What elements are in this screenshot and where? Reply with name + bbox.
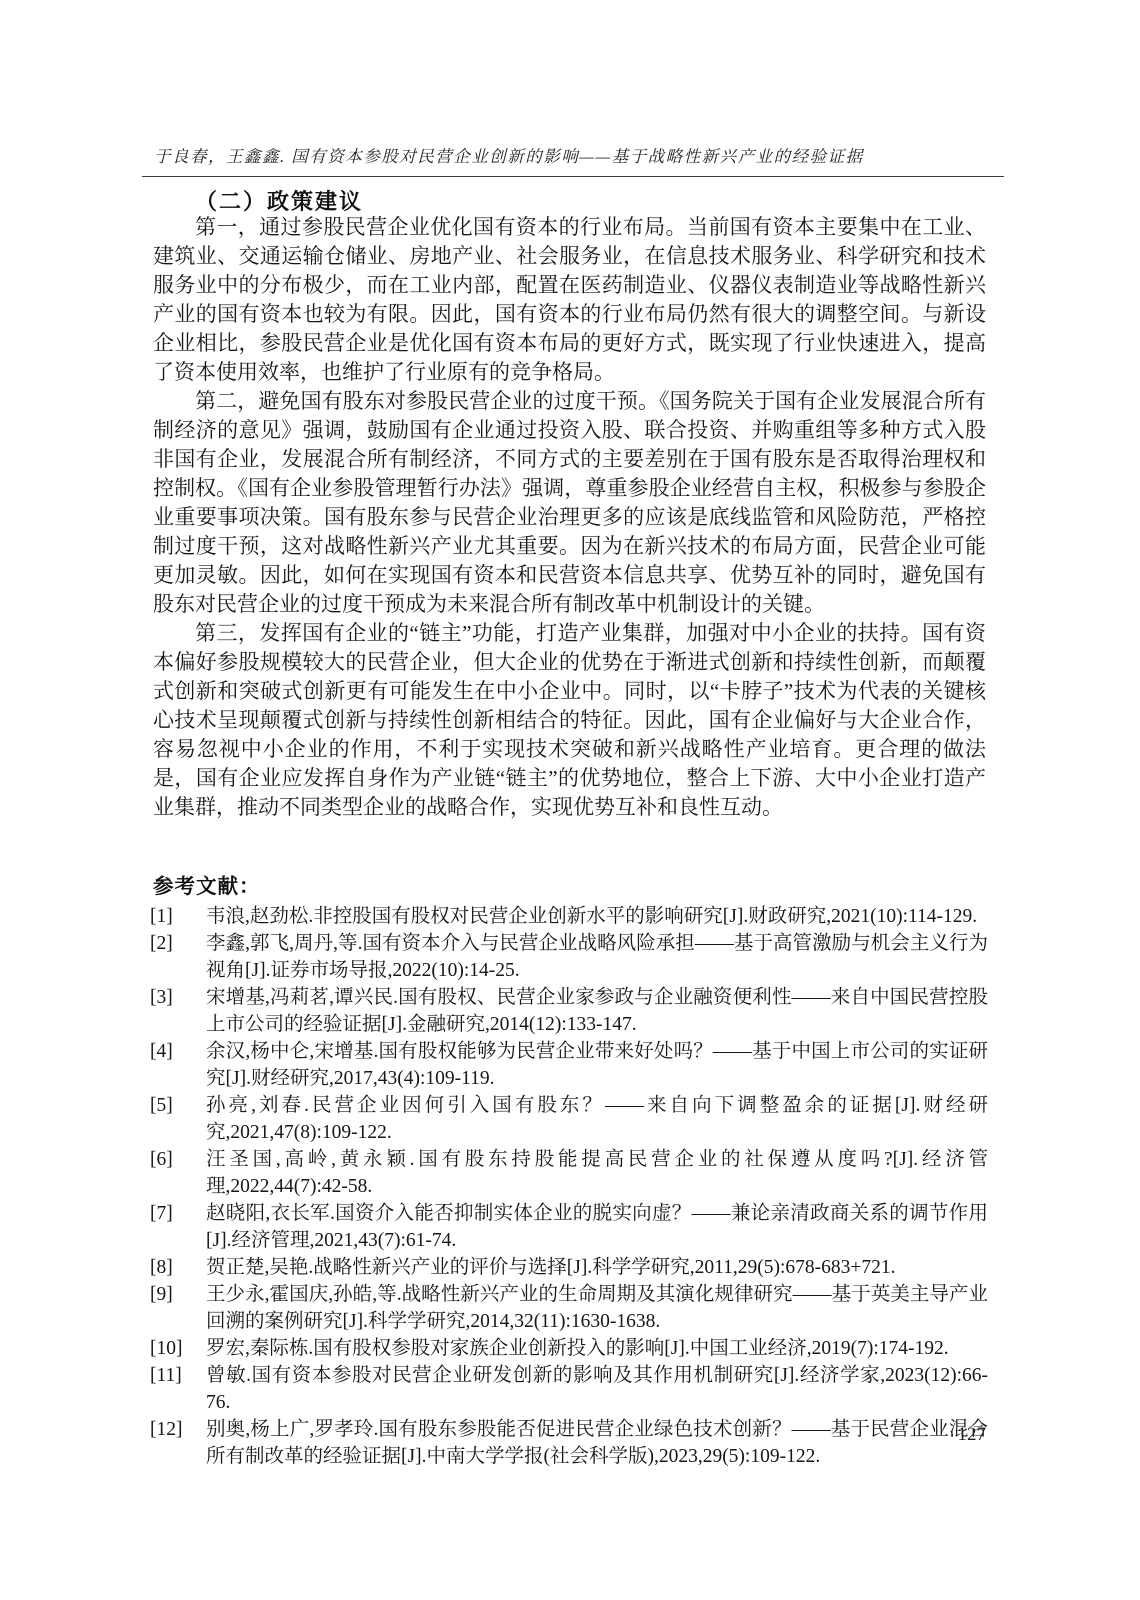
reference-number: [6]: [150, 1146, 206, 1173]
reference-number: [1]: [150, 903, 206, 930]
reference-number: [2]: [150, 930, 206, 957]
body-paragraphs: 第一，通过参股民营企业优化国有资本的行业布局。当前国有资本主要集中在工业、建筑业…: [153, 213, 986, 822]
reference-number: [11]: [150, 1362, 206, 1389]
reference-text: 韦浪,赵劲松.非控股国有股权对民营企业创新水平的影响研究[J].财政研究,202…: [206, 903, 988, 930]
reference-item: [4]余汉,杨中仑,宋增基.国有股权能够为民营企业带来好处吗？——基于中国上市公…: [150, 1038, 988, 1092]
reference-item: [10]罗宏,秦际栋.国有股权参股对家族企业创新投入的影响[J].中国工业经济,…: [150, 1335, 988, 1362]
reference-text: 宋增基,冯莉茗,谭兴民.国有股权、民营企业家参政与企业融资便利性——来自中国民营…: [206, 984, 988, 1038]
reference-text: 余汉,杨中仑,宋增基.国有股权能够为民营企业带来好处吗？——基于中国上市公司的实…: [206, 1038, 988, 1092]
running-header: 于良春，王鑫鑫. 国有资本参股对民营企业创新的影响——基于战略性新兴产业的经验证…: [142, 143, 1004, 177]
reference-text: 曾敏.国有资本参股对民营企业研发创新的影响及其作用机制研究[J].经济学家,20…: [206, 1362, 988, 1416]
journal-page: 于良春，王鑫鑫. 国有资本参股对民营企业创新的影响——基于战略性新兴产业的经验证…: [0, 0, 1140, 1600]
reference-item: [6]汪圣国,高岭,黄永颖.国有股东持股能提高民营企业的社保遵从度吗?[J].经…: [150, 1146, 988, 1200]
reference-item: [8]贺正楚,吴艳.战略性新兴产业的评价与选择[J].科学学研究,2011,29…: [150, 1254, 988, 1281]
section-heading: （二）政策建议: [153, 185, 1028, 216]
reference-text: 孙亮,刘春.民营企业因何引入国有股东？——来自向下调整盈余的证据[J].财经研究…: [206, 1092, 988, 1146]
reference-number: [10]: [150, 1335, 206, 1362]
reference-item: [7]赵晓阳,衣长军.国资介入能否抑制实体企业的脱实向虚？——兼论亲清政商关系的…: [150, 1200, 988, 1254]
body-paragraph: 第二，避免国有股东对参股民营企业的过度干预。《国务院关于国有企业发展混合所有制经…: [153, 387, 986, 619]
reference-text: 贺正楚,吴艳.战略性新兴产业的评价与选择[J].科学学研究,2011,29(5)…: [206, 1254, 988, 1281]
reference-number: [8]: [150, 1254, 206, 1281]
reference-item: [1]韦浪,赵劲松.非控股国有股权对民营企业创新水平的影响研究[J].财政研究,…: [150, 903, 988, 930]
reference-item: [5]孙亮,刘春.民营企业因何引入国有股东？——来自向下调整盈余的证据[J].财…: [150, 1092, 988, 1146]
page-number: 127: [153, 1424, 986, 1446]
body-paragraph: 第三，发挥国有企业的“链主”功能，打造产业集群，加强对中小企业的扶持。国有资本偏…: [153, 619, 986, 822]
reference-number: [5]: [150, 1092, 206, 1119]
reference-number: [3]: [150, 984, 206, 1011]
reference-text: 李鑫,郭飞,周丹,等.国有资本介入与民营企业战略风险承担——基于高管激励与机会主…: [206, 930, 988, 984]
reference-item: [9]王少永,霍国庆,孙皓,等.战略性新兴产业的生命周期及其演化规律研究——基于…: [150, 1281, 988, 1335]
reference-number: [4]: [150, 1038, 206, 1065]
running-header-title: 于良春，王鑫鑫. 国有资本参股对民营企业创新的影响——基于战略性新兴产业的经验证…: [142, 143, 1004, 167]
reference-text: 王少永,霍国庆,孙皓,等.战略性新兴产业的生命周期及其演化规律研究——基于英美主…: [206, 1281, 988, 1335]
reference-item: [3]宋增基,冯莉茗,谭兴民.国有股权、民营企业家参政与企业融资便利性——来自中…: [150, 984, 988, 1038]
references-heading: 参考文献：: [153, 869, 261, 899]
body-paragraph: 第一，通过参股民营企业优化国有资本的行业布局。当前国有资本主要集中在工业、建筑业…: [153, 213, 986, 387]
reference-text: 汪圣国,高岭,黄永颖.国有股东持股能提高民营企业的社保遵从度吗?[J].经济管理…: [206, 1146, 988, 1200]
reference-item: [2]李鑫,郭飞,周丹,等.国有资本介入与民营企业战略风险承担——基于高管激励与…: [150, 930, 988, 984]
reference-item: [11]曾敏.国有资本参股对民营企业研发创新的影响及其作用机制研究[J].经济学…: [150, 1362, 988, 1416]
reference-number: [9]: [150, 1281, 206, 1308]
reference-text: 赵晓阳,衣长军.国资介入能否抑制实体企业的脱实向虚？——兼论亲清政商关系的调节作…: [206, 1200, 988, 1254]
reference-list: [1]韦浪,赵劲松.非控股国有股权对民营企业创新水平的影响研究[J].财政研究,…: [150, 903, 988, 1470]
reference-text: 罗宏,秦际栋.国有股权参股对家族企业创新投入的影响[J].中国工业经济,2019…: [206, 1335, 988, 1362]
reference-number: [7]: [150, 1200, 206, 1227]
